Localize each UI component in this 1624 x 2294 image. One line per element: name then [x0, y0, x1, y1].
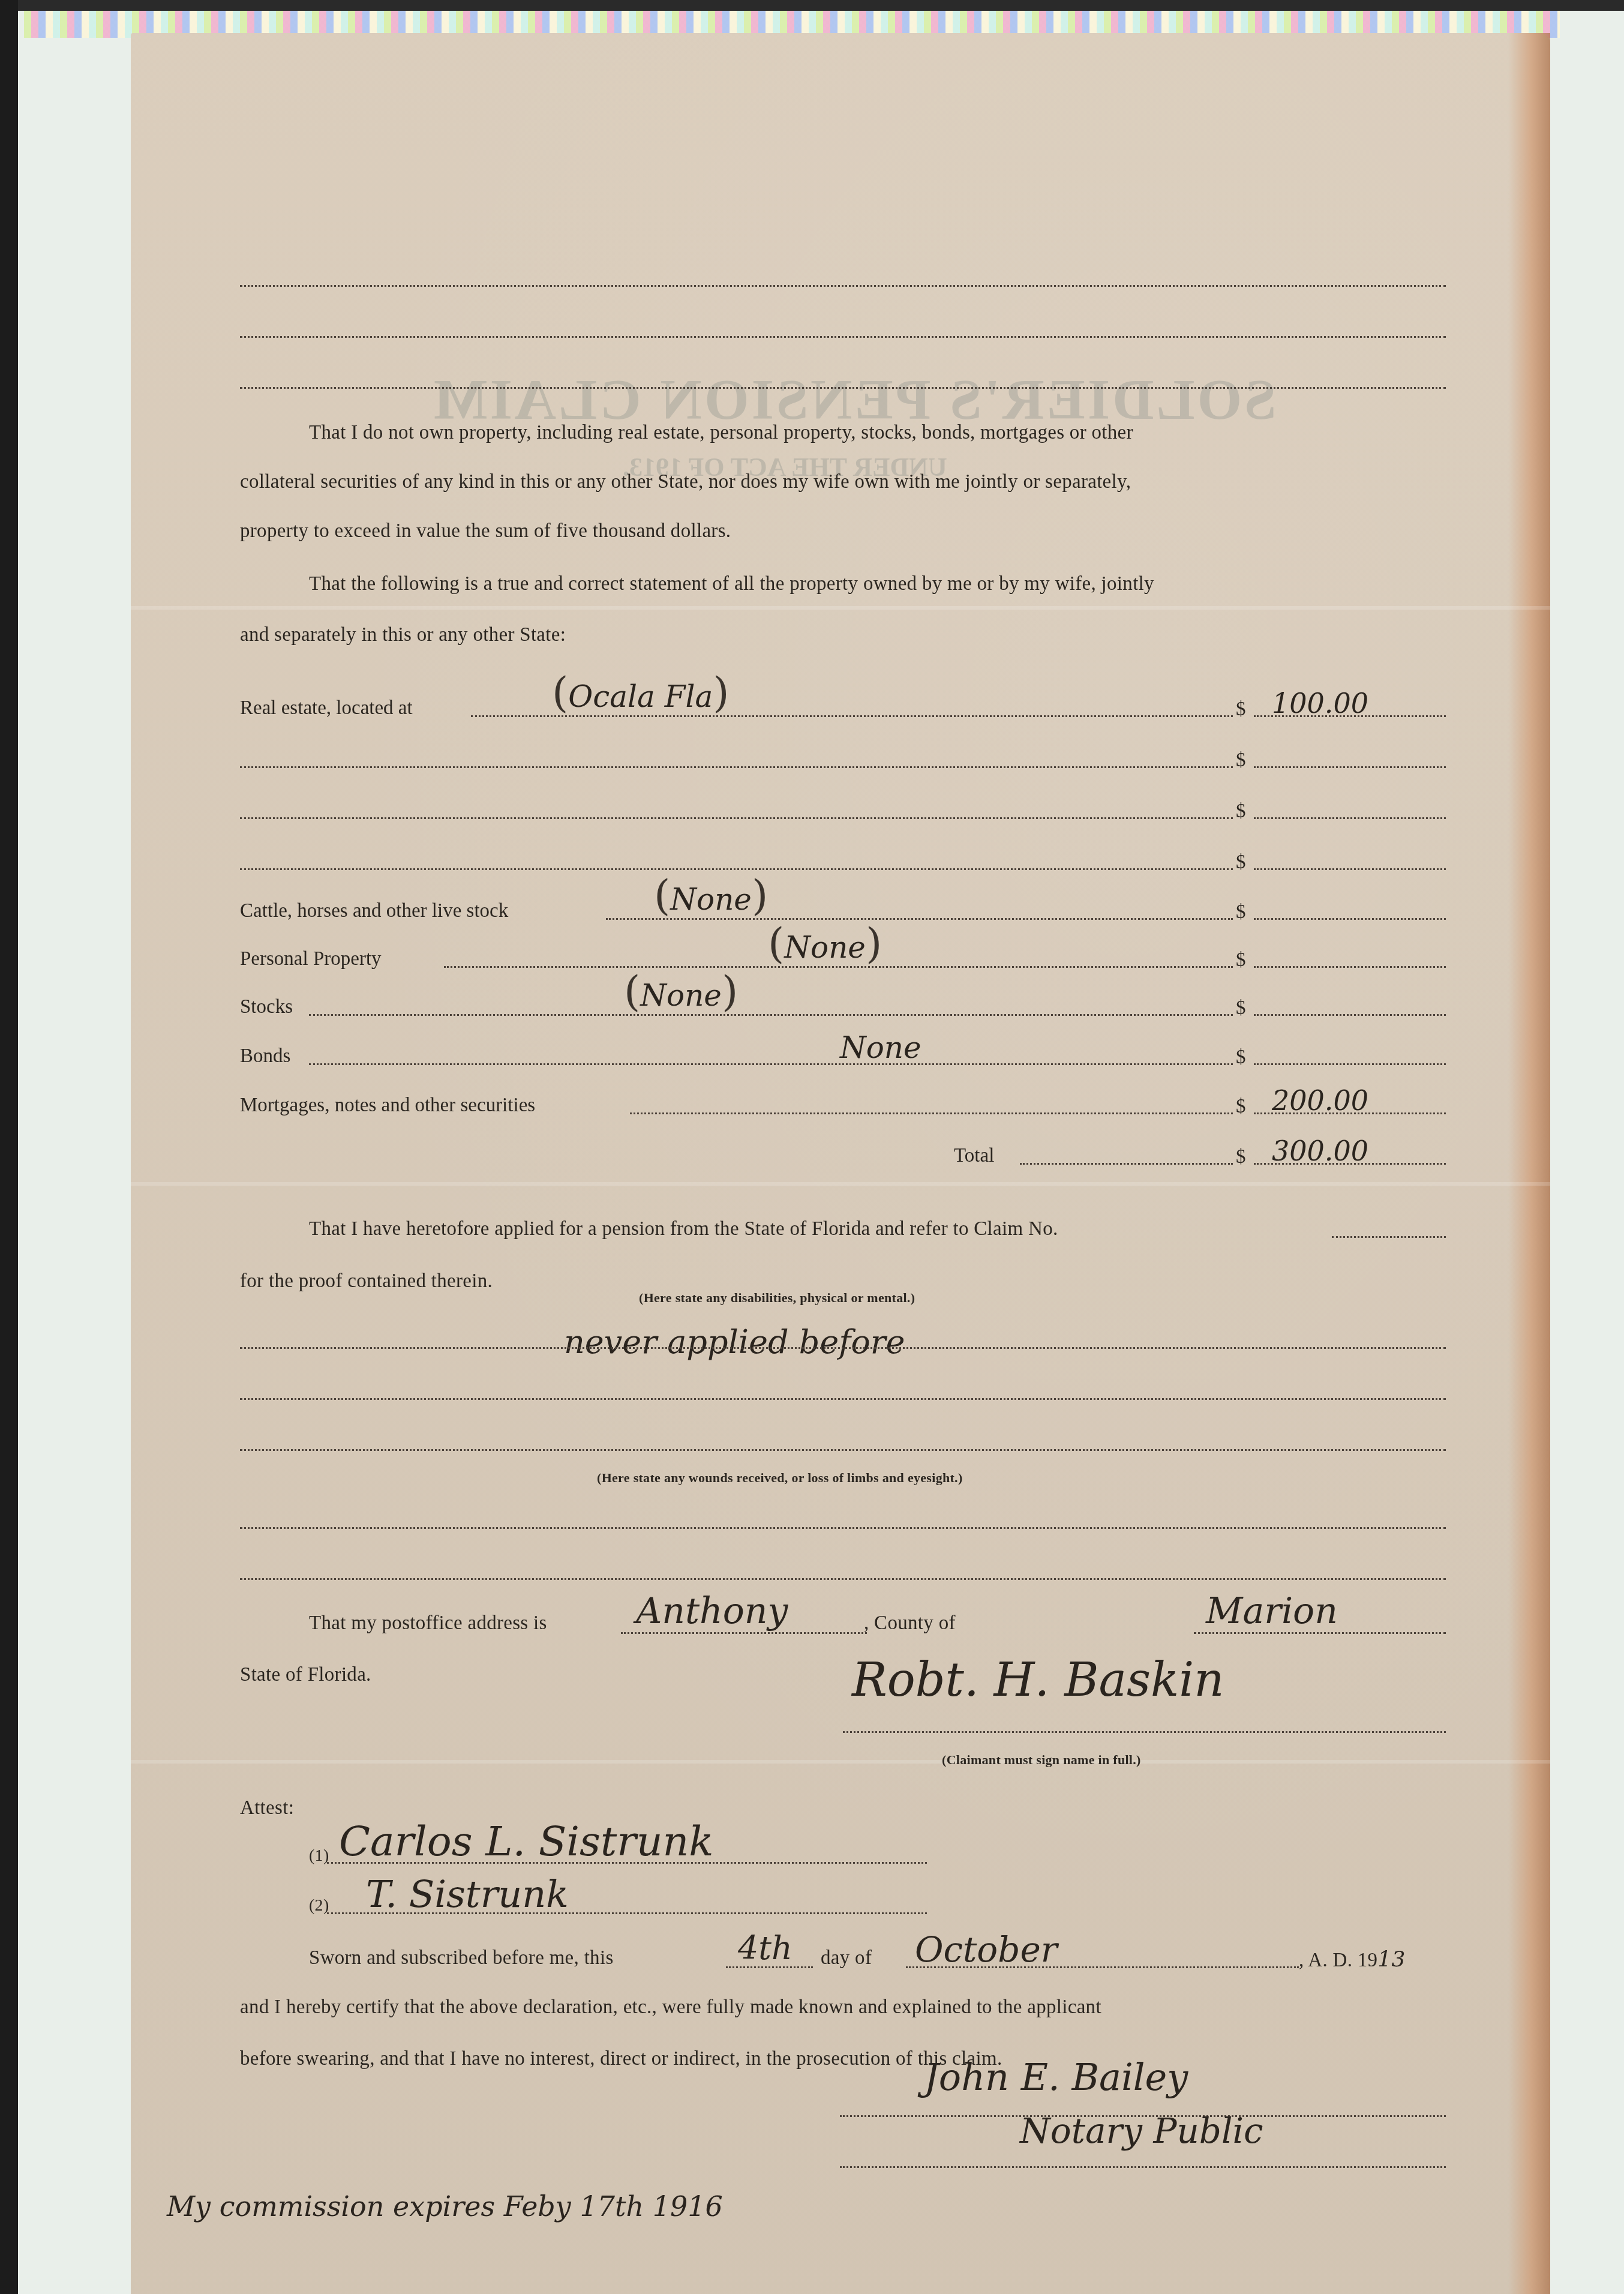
dollar-sign: $	[1236, 901, 1246, 923]
jurat-month: October	[915, 1929, 1057, 1970]
disabilities-field[interactable]	[240, 1449, 1446, 1451]
dollar-sign: $	[1236, 949, 1246, 971]
dollar-sign: $	[1236, 1096, 1246, 1118]
prior-claim-text: for the proof contained therein.	[240, 1270, 493, 1293]
attest-label: Attest:	[240, 1797, 294, 1819]
dollar-sign: $	[1236, 1046, 1246, 1069]
amount-field[interactable]	[1254, 868, 1446, 870]
state-label: State of Florida.	[240, 1664, 371, 1686]
livestock-value: (None)	[654, 871, 768, 920]
witness-1-signature: Carlos L. Sistrunk	[339, 1818, 714, 1866]
fold-crease	[131, 606, 1550, 610]
bonds-amount-field[interactable]	[1254, 1063, 1446, 1065]
amount-field[interactable]	[1254, 766, 1446, 768]
stocks-row: Stocks (None) $	[240, 992, 1446, 1022]
claimant-signature: Robt. H. Baskin	[852, 1653, 1224, 1707]
notary-title: Notary Public	[1020, 2110, 1263, 2151]
bonds-row: Bonds None $	[240, 1041, 1446, 1071]
jurat-text: Sworn and subscribed before me, this	[309, 1947, 614, 1969]
disabilities-caption: (Here state any disabilities, physical o…	[639, 1290, 915, 1306]
blank-line	[240, 285, 1446, 287]
disabilities-field[interactable]	[240, 1398, 1446, 1400]
dollar-sign: $	[1236, 800, 1246, 823]
paragraph-text: That I do not own property, including re…	[309, 422, 1133, 444]
witness-2-number: (2)	[309, 1896, 329, 1915]
postoffice-field[interactable]	[621, 1632, 867, 1634]
notary-signature: John E. Bailey	[924, 2055, 1188, 2099]
blank-field[interactable]	[240, 868, 1233, 870]
scan-top-border	[18, 0, 1624, 11]
mortgages-amount: 200.00	[1272, 1084, 1368, 1117]
mortgages-label: Mortgages, notes and other securities	[240, 1094, 535, 1117]
wounds-field[interactable]	[240, 1578, 1446, 1580]
livestock-amount-field[interactable]	[1254, 918, 1446, 920]
personal-property-label: Personal Property	[240, 948, 382, 970]
stocks-field[interactable]	[309, 1014, 1233, 1016]
personal-property-row: Personal Property (None) $	[240, 944, 1446, 974]
jurat-day-of-label: day of	[821, 1947, 872, 1969]
county-value: Marion	[1206, 1590, 1338, 1632]
blank-field[interactable]	[240, 817, 1233, 819]
real-estate-row: Real estate, located at (Ocala Fla) $ 10…	[240, 693, 1446, 723]
real-estate-extra-row: $	[240, 795, 1446, 825]
total-label: Total	[954, 1145, 994, 1167]
postoffice-label: That my postoffice address is	[309, 1612, 547, 1635]
blank-line	[240, 336, 1446, 338]
notary-commission-note: My commission expires Feby 17th 1916	[167, 2190, 723, 2223]
edge-stain	[1508, 33, 1550, 2294]
county-field[interactable]	[1194, 1632, 1446, 1634]
dollar-sign: $	[1236, 749, 1246, 772]
fold-crease	[131, 1760, 1550, 1764]
dollar-sign: $	[1236, 997, 1246, 1019]
total-field[interactable]	[1020, 1163, 1233, 1165]
paragraph-text: That the following is a true and correct…	[309, 573, 1154, 595]
bonds-label: Bonds	[240, 1045, 290, 1067]
witness-2-field[interactable]	[327, 1912, 927, 1914]
claimant-signature-field[interactable]	[843, 1731, 1446, 1733]
stocks-label: Stocks	[240, 996, 293, 1018]
total-row: Total $ 300.00	[240, 1141, 1446, 1171]
real-estate-amount: 100.00	[1272, 687, 1368, 719]
personal-property-amount-field[interactable]	[1254, 966, 1446, 968]
blank-field[interactable]	[240, 766, 1233, 768]
stocks-amount-field[interactable]	[1254, 1014, 1446, 1016]
jurat-day: 4th	[738, 1929, 793, 1967]
witness-2-signature: T. Sistrunk	[366, 1872, 569, 1916]
stocks-value: (None)	[624, 967, 738, 1016]
claim-number-field[interactable]	[1332, 1236, 1446, 1238]
pension-form-page: SOLDIER'S PENSION CLAIM UNDER THE ACT OF…	[131, 33, 1550, 2294]
fold-crease	[131, 1182, 1550, 1186]
notary-title-field[interactable]	[840, 2166, 1446, 2168]
witness-1-field[interactable]	[327, 1862, 927, 1864]
real-estate-extra-row: $	[240, 846, 1446, 876]
certification-text: before swearing, and that I have no inte…	[240, 2048, 1002, 2070]
mortgages-row: Mortgages, notes and other securities $ …	[240, 1090, 1446, 1120]
postoffice-value: Anthony	[636, 1590, 788, 1632]
dollar-sign: $	[1236, 698, 1246, 721]
bonds-field[interactable]	[309, 1063, 1233, 1065]
scan-left-border	[0, 0, 18, 2294]
blank-line	[240, 387, 1446, 389]
real-estate-location: (Ocala Fla)	[552, 668, 730, 717]
county-label: , County of	[864, 1612, 956, 1635]
dollar-sign: $	[1236, 1146, 1246, 1168]
wounds-caption: (Here state any wounds received, or loss…	[597, 1470, 963, 1486]
paragraph-text: collateral securities of any kind in thi…	[240, 471, 1131, 493]
witness-1-number: (1)	[309, 1846, 329, 1866]
disabilities-field[interactable]	[240, 1347, 1446, 1349]
livestock-label: Cattle, horses and other live stock	[240, 900, 508, 922]
wounds-field[interactable]	[240, 1527, 1446, 1529]
certification-text: and I hereby certify that the above decl…	[240, 1996, 1101, 2019]
real-estate-label: Real estate, located at	[240, 697, 413, 719]
disabilities-handwritten: never applied before	[564, 1323, 905, 1361]
paragraph-text: and separately in this or any other Stat…	[240, 624, 566, 646]
dollar-sign: $	[1236, 851, 1246, 874]
total-amount: 300.00	[1272, 1135, 1368, 1167]
prior-claim-text: That I have heretofore applied for a pen…	[309, 1218, 1058, 1240]
amount-field[interactable]	[1254, 817, 1446, 819]
jurat-year-label: , A. D. 1913	[1299, 1947, 1406, 1972]
claimant-caption: (Claimant must sign name in full.)	[942, 1752, 1141, 1768]
bonds-value: None	[840, 1030, 921, 1065]
real-estate-extra-row: $	[240, 744, 1446, 774]
personal-property-value: (None)	[768, 919, 882, 968]
paragraph-text: property to exceed in value the sum of f…	[240, 520, 731, 542]
mortgages-field[interactable]	[630, 1112, 1233, 1114]
